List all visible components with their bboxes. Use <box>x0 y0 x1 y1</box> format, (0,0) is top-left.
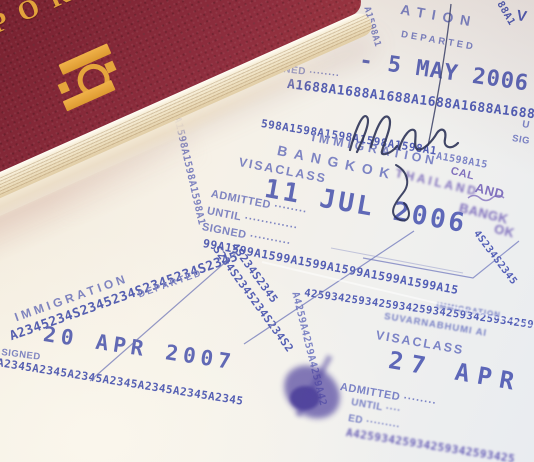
signature-flourish <box>393 165 409 221</box>
signature-stroke-3 <box>399 130 458 150</box>
signature-stroke-2 <box>371 116 397 154</box>
emblem-left-nub <box>58 81 70 94</box>
signature-ascender-stroke <box>428 4 451 146</box>
passport-photo: ATION DEPARTED - 5 MAY 2006 A1688A1688A1… <box>0 0 534 462</box>
signature <box>350 116 458 220</box>
signature-stroke-1 <box>350 116 368 152</box>
page-crease-highlight <box>262 262 534 326</box>
